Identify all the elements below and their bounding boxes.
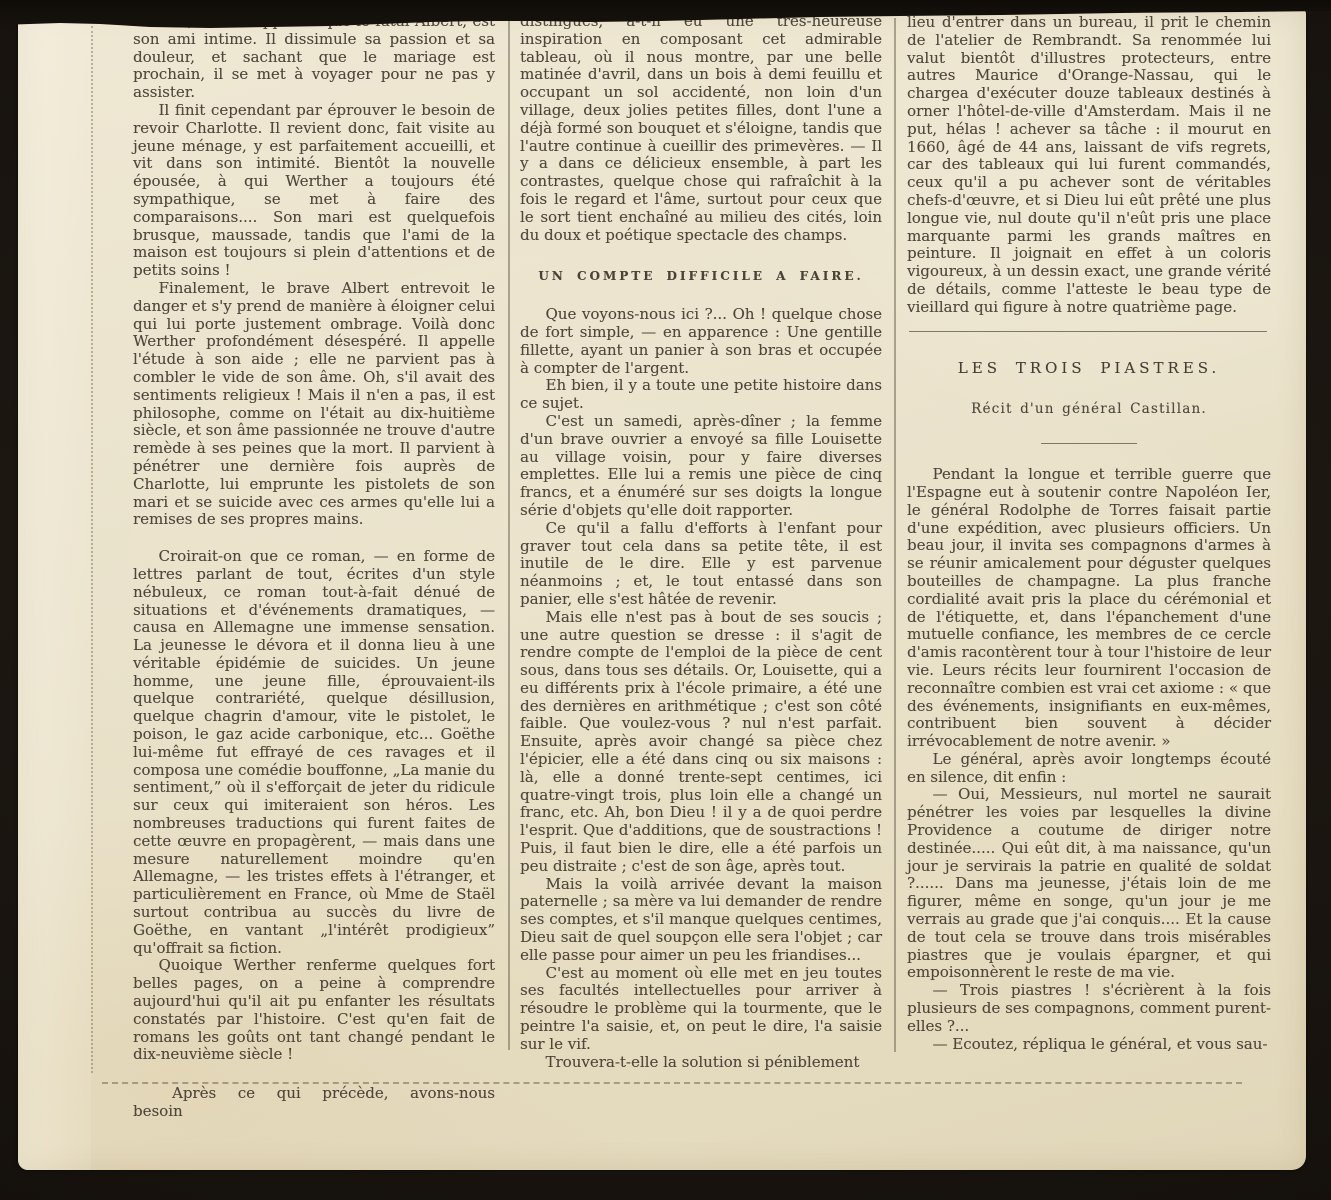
paragraph: Le général, après avoir longtemps écouté… — [907, 751, 1271, 787]
section-divider-rule — [909, 331, 1267, 332]
left-margin-strip — [18, 8, 91, 1170]
paragraph: Pendant la longue et terrible guerre que… — [907, 466, 1271, 751]
scanned-newspaper-page: fiancée, mais il apprend que le fatal Al… — [0, 0, 1331, 1200]
paragraph: Ce qu'il a fallu d'efforts à l'enfant po… — [520, 520, 882, 609]
fold-dotted-line — [91, 26, 93, 1073]
paragraph: C'est au moment où elle met en jeu toute… — [520, 965, 882, 1054]
column-middle: distingués, a-t-il eu une très-heureuse … — [520, 13, 882, 1071]
paragraph: Trouvera-t-elle la solution si pénibleme… — [520, 1054, 882, 1072]
column-divider-2 — [894, 18, 896, 1052]
paragraph-lead-in: Après ce qui précède, avons-nous besoin — [133, 1085, 495, 1121]
paragraph: — Oui, Messieurs, nul mortel ne saurait … — [907, 786, 1271, 982]
paragraph: Croirait-on que ce roman, — en forme de … — [133, 548, 495, 957]
paragraph: Il finit cependant par éprouver le besoi… — [133, 102, 495, 280]
paragraph: distingués, a-t-il eu une très-heureuse … — [520, 13, 882, 244]
article-title: LES TROIS PIASTRES. — [907, 360, 1271, 378]
short-divider-rule — [1041, 443, 1137, 444]
paragraph: C'est un samedi, après-dîner ; la femme … — [520, 413, 882, 520]
column-left: fiancée, mais il apprend que le fatal Al… — [133, 13, 495, 1121]
paragraph: Mais la voilà arrivée devant la maison p… — [520, 876, 882, 965]
paragraph: Que voyons-nous ici ?... Oh ! quelque ch… — [520, 306, 882, 377]
column-right: lieu d'entrer dans un bureau, il prit le… — [907, 14, 1271, 1053]
paragraph: Mais elle n'est pas à bout de ses soucis… — [520, 609, 882, 876]
paragraph: Quoique Werther renferme quelques fort b… — [133, 957, 495, 1064]
paragraph: Finalement, le brave Albert entrevoit le… — [133, 280, 495, 529]
paragraph: lieu d'entrer dans un bureau, il prit le… — [907, 14, 1271, 317]
paragraph: — Trois piastres ! s'écrièrent à la fois… — [907, 982, 1271, 1035]
paragraph: Eh bien, il y a toute une petite histoir… — [520, 377, 882, 413]
paragraph: — Ecoutez, répliqua le général, et vous … — [907, 1036, 1271, 1054]
article-subtitle: Récit d'un général Castillan. — [907, 401, 1271, 419]
column-divider-1 — [508, 20, 510, 1050]
section-heading: UN COMPTE DIFFICILE A FAIRE. — [520, 268, 882, 286]
